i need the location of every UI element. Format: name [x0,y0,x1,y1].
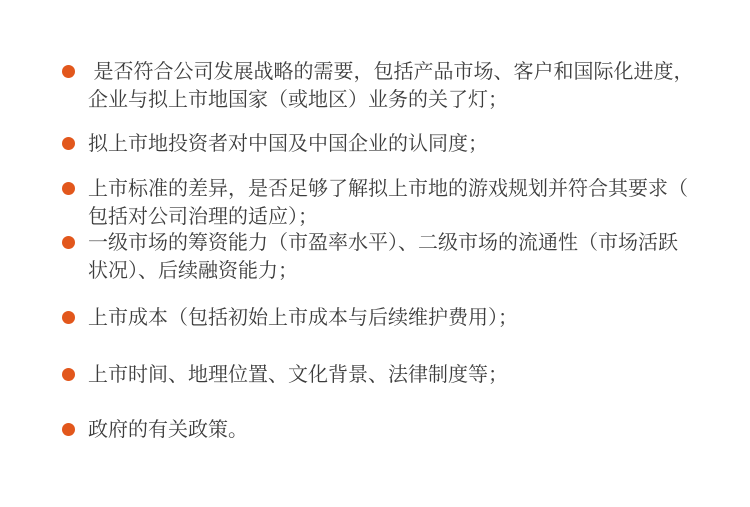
bullet-item: 上市时间、地理位置、文化背景、法律制度等； [62,361,508,389]
bullet-item: 是否符合公司发展战略的需要，包括产品市场、客户和国际化进度， 企业与拟上市地国家… [62,58,694,114]
bullet-text: 上市时间、地理位置、文化背景、法律制度等； [88,361,508,389]
bullet-text: 一级市场的筹资能力（市盈率水平）、二级市场的流通性（市场活跃 状况）、后续融资能… [88,229,678,285]
bullet-icon [62,368,75,381]
bullet-text: 上市标准的差异，是否足够了解拟上市地的游戏规划并符合其要求（ 包括对公司治理的适… [88,175,688,231]
bullet-item: 上市成本（包括初始上市成本与后续维护费用）； [62,304,518,332]
bullet-text: 是否符合公司发展战略的需要，包括产品市场、客户和国际化进度， 企业与拟上市地国家… [88,58,694,114]
bullet-icon [62,423,75,436]
bullet-item: 上市标准的差异，是否足够了解拟上市地的游戏规划并符合其要求（ 包括对公司治理的适… [62,175,688,231]
bullet-icon [62,137,75,150]
bullet-icon [62,236,75,249]
bullet-icon [62,311,75,324]
bullet-text: 政府的有关政策。 [88,416,248,444]
bullet-icon [62,182,75,195]
bullet-text: 上市成本（包括初始上市成本与后续维护费用）； [88,304,518,332]
slide-content: 是否符合公司发展战略的需要，包括产品市场、客户和国际化进度， 企业与拟上市地国家… [0,0,750,507]
bullet-item: 政府的有关政策。 [62,416,248,444]
bullet-item: 拟上市地投资者对中国及中国企业的认同度； [62,130,488,158]
bullet-text: 拟上市地投资者对中国及中国企业的认同度； [88,130,488,158]
bullet-icon [62,65,75,78]
bullet-item: 一级市场的筹资能力（市盈率水平）、二级市场的流通性（市场活跃 状况）、后续融资能… [62,229,678,285]
